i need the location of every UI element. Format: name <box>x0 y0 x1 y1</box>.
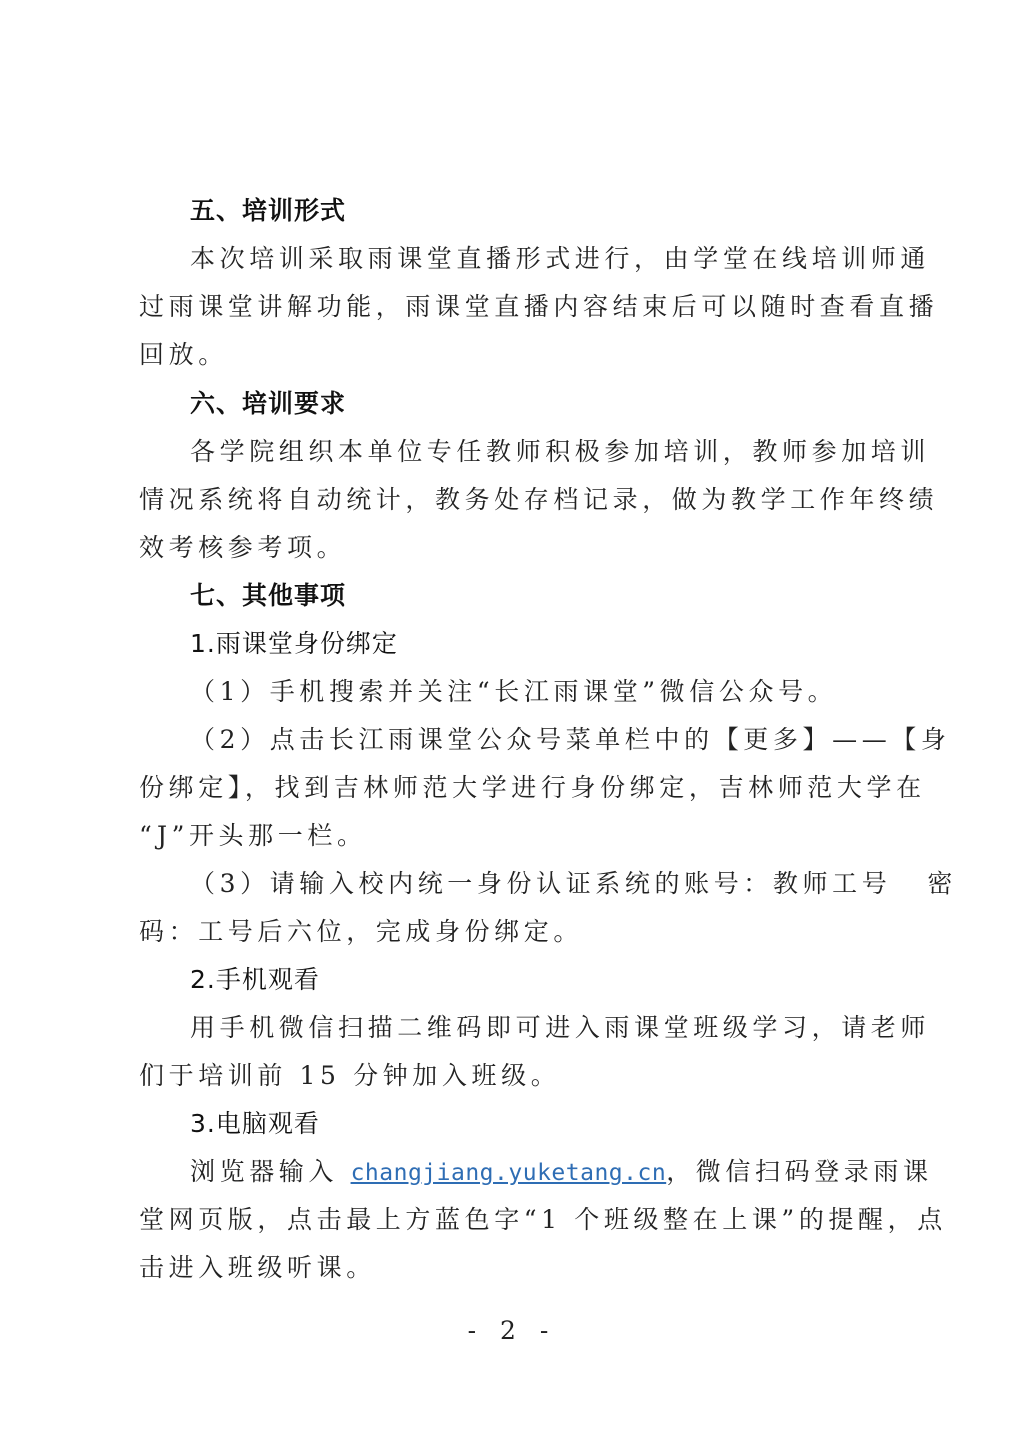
paragraph-line: 回放。 <box>139 340 889 370</box>
section-heading-other-matters: 七、其他事项 <box>190 581 890 611</box>
step-2-line: （2）点击长江雨课堂公众号菜单栏中的【更多】——【身 <box>190 725 890 755</box>
paragraph-line: 效考核参考项。 <box>139 533 889 563</box>
page-number: - 2 - <box>0 1316 1024 1345</box>
step-3-text: （3）请输入校内统一身份认证系统的账号：教师工号 <box>190 869 891 898</box>
paragraph-line: 浏览器输入 changjiang.yuketang.cn，微信扫码登录雨课 <box>190 1157 890 1188</box>
paragraph-line: 各学院组织本单位专任教师积极参加培训，教师参加培训 <box>190 437 890 467</box>
step-3-line: 码：工号后六位，完成身份绑定。 <box>139 917 889 947</box>
paragraph-line: 情况系统将自动统计，教务处存档记录，做为教学工作年终绩 <box>139 485 889 515</box>
browser-prefix-text: 浏览器输入 <box>190 1157 351 1186</box>
step-1: （1）手机搜索并关注“长江雨课堂”微信公众号。 <box>190 677 890 707</box>
paragraph-line: 们于培训前 15 分钟加入班级。 <box>139 1061 889 1091</box>
step-2-line: 份绑定】，找到吉林师范大学进行身份绑定，吉林师范大学在 <box>139 773 889 803</box>
step-2-line: “J”开头那一栏。 <box>139 821 889 851</box>
subheading-computer-viewing: 3.电脑观看 <box>190 1109 890 1139</box>
browser-suffix-text: ，微信扫码登录雨课 <box>666 1157 932 1186</box>
paragraph-line: 本次培训采取雨课堂直播形式进行，由学堂在线培训师通 <box>190 244 890 274</box>
paragraph-line: 过雨课堂讲解功能，雨课堂直播内容结束后可以随时查看直播 <box>139 292 889 322</box>
yuketang-link[interactable]: changjiang.yuketang.cn <box>351 1160 667 1186</box>
paragraph-line: 用手机微信扫描二维码即可进入雨课堂班级学习，请老师 <box>190 1013 890 1043</box>
step-3-line: （3）请输入校内统一身份认证系统的账号：教师工号密 <box>190 869 890 899</box>
subheading-identity-binding: 1.雨课堂身份绑定 <box>190 629 890 659</box>
step-3-text-end: 密 <box>927 869 957 898</box>
section-heading-training-format: 五、培训形式 <box>190 196 890 226</box>
subheading-mobile-viewing: 2.手机观看 <box>190 965 890 995</box>
document-page: 五、培训形式 本次培训采取雨课堂直播形式进行，由学堂在线培训师通 过雨课堂讲解功… <box>0 0 1024 1448</box>
section-heading-training-requirements: 六、培训要求 <box>190 389 890 419</box>
paragraph-line: 堂网页版，点击最上方蓝色字“1 个班级整在上课”的提醒，点 <box>139 1205 889 1235</box>
paragraph-line: 击进入班级听课。 <box>139 1253 889 1283</box>
